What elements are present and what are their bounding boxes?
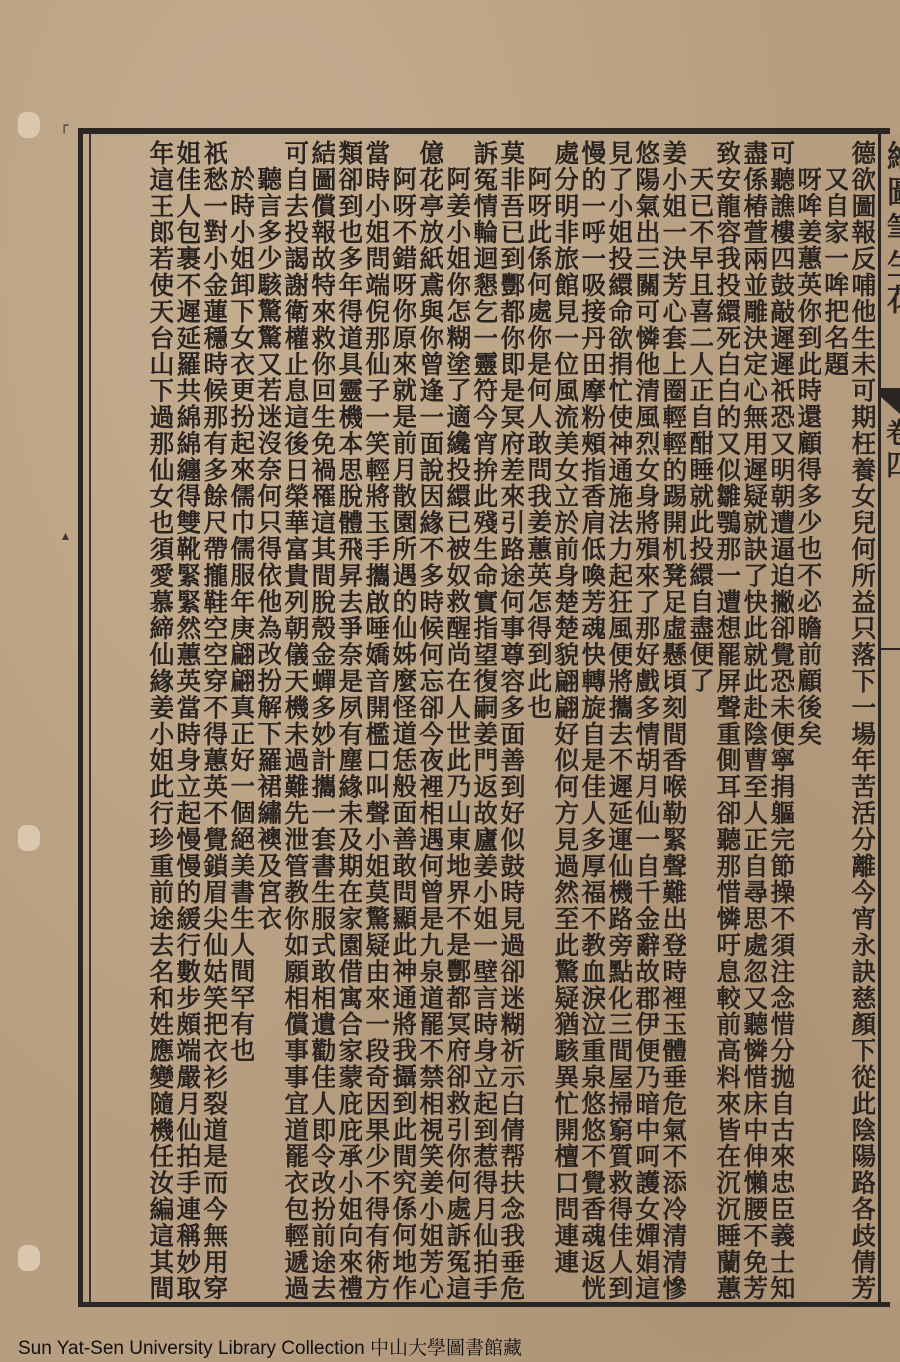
text-column: 致安龍容我投繯死白白的又似雛鶚那一遭想罷屏聲重側耳卻聽那惜憐吁息較前高料來皆在沉…	[713, 140, 740, 1300]
collection-watermark: Sun Yat-Sen University Library Collectio…	[18, 1333, 522, 1360]
margin-bracket-mark: ┌	[60, 118, 68, 134]
book-page: 繪圖筆生花 卷四 德欲圖報反哺他生未可期枉養女兒何所益只落下一場年苦活分離今宵永…	[0, 0, 900, 1362]
text-column: 可聽譙樓四鼓敲遲遲祇恐又明朝遭逼迫撇卻覺恐未便寧捐軀完節操不須注念惜分拋自古來忠…	[767, 140, 794, 1300]
book-title: 繪圖筆生花	[883, 140, 900, 320]
text-column: 莫非吾已到酆都你即是冥府差來引路途何事尊容多面善到好似鼓時見過卻迷糊祈示白倩帮扶…	[497, 140, 524, 1300]
text-column: 悠陽氣出三關可憐他清風烈女身將殞來了那好戲多情胡月仙一自千金辭故郡伊便乃暗中呵護…	[632, 140, 659, 1300]
text-column: 慢的一呼一吸接丹田摩粉頰指香肩低喚芳魂快轉旋自是佳人多厚福不教血淚泣重泉悠悠不覺…	[578, 140, 605, 1300]
text-column: 呀哞姜蕙英你到此時還顧得多少也不必瞻前顧後矣	[794, 140, 821, 1300]
main-text-block: 德欲圖報反哺他生未可期枉養女兒何所益只落下一場年苦活分離今宵永訣慈顏下從此陰陽路…	[95, 140, 875, 1300]
text-column: 當時小姐問端倪那仙子一笑輕將玉手攜啟唾嬌音開檻口叫聲小姐莫驚疑由來一段奇因果少不…	[362, 140, 389, 1300]
text-column: 又自家一哞把名題	[821, 140, 848, 1300]
binding-tab-mark	[18, 825, 40, 851]
text-column: 年這王郎若使天台山下過那仙女也須愛慕締仙緣姜小姐此行珍重前途去名和姓應變隨機任汝…	[146, 140, 173, 1300]
text-column: 億花亭放紙鳶與你曾逢一面說因緣不多時候何忘卻今夜裡相遇何曾是九泉道罷不禁相視笑姜…	[416, 140, 443, 1300]
text-column: 姜小姐一決芳心套上圈輕輕的踢開机凳足虛懸頃刻間香喉勒緊聲難出登時裡玉體垂危氣不添…	[659, 140, 686, 1300]
text-column: 結圖償報故特來救你回生免禍罹這其間脫殼金蟬多妙計攜一套書生服式敢相遺勸佳人即令改…	[308, 140, 335, 1300]
frame-top-border	[78, 128, 890, 134]
frame-bottom-border	[78, 1302, 890, 1307]
text-column: 盡係椿萱兩並雕決定心無用遲疑就訣了快此就此赴陰曹至人正自尋思處忽又聽憐惜床中伸懶…	[740, 140, 767, 1300]
binding-tab-mark	[18, 1245, 40, 1271]
margin-triangle-mark: ▴	[62, 528, 69, 544]
frame-left-border-outer	[78, 128, 83, 1307]
text-column: 於時小姐卸下女衣更扮起來儒巾儒服年庚翩翩真正好一個絕美書生人間罕有也	[227, 140, 254, 1300]
frame-left-border-inner	[89, 134, 91, 1302]
text-column: 阿呀不錯呀你原來就是前月散園所遇的仙姊麼怪道恁般面善敢問顯此神通將我攝到此間究係…	[389, 140, 416, 1300]
collection-name-zh: 中山大學圖書館藏	[370, 1338, 522, 1359]
text-column: 訴冤情輪迴懇乞一靈符今宵拚此殘生命實指望復嗣姜門返故廬姜小姐一壁言時身立起到惹得…	[470, 140, 497, 1300]
text-column: 聽言多少駭驚驚又若迷沒奈何只得依他為改扮解下羅裙繡襖及宮衣	[254, 140, 281, 1300]
text-column: 可自去投謁謝衛權止息這後日榮華富貴列朝儀天機未過難先泄管教你如願相償事事宜道罷衣…	[281, 140, 308, 1300]
text-column: 見了小姐投繯命欲捐忙使神通施法力起狂風便將攜去不遲延運仙機路旁點化三間屋掃窮質救…	[605, 140, 632, 1300]
spine-divider	[878, 648, 900, 650]
text-column: 阿姜小姐你怎糊塗了適纔投繯已被奴救醒尚在人世此乃山東地界不是酆都冥府卻救引你何處…	[443, 140, 470, 1300]
volume-label: 卷四	[883, 418, 900, 482]
text-column: 德欲圖報反哺他生未可期枉養女兒何所益只落下一場年苦活分離今宵永訣慈顏下從此陰陽路…	[848, 140, 875, 1300]
text-column: 處分明非旅館見一位風流美女立於前身楚楚貌翩翩好似何方見過然至此驚疑猶駭異忙開檀口…	[551, 140, 578, 1300]
text-column: 阿呀此係何處你是何人敢問我姜蕙英怎得到此也	[524, 140, 551, 1300]
text-column: 天已不早且喜二人正自酣睡就此投繯自盡便了	[686, 140, 713, 1300]
text-column: 類卻到也多年得道具靈機本思脫體飛昇去爭奈是夙有塵緣未及期在家園借寓合家蒙庇庇承小…	[335, 140, 362, 1300]
text-column: 姐佳人包裹不遲延羅共綿綿纏得雙靴緊緊然蕙英當時身立起慢慢的緩行數步頗端嚴月仙拍手…	[173, 140, 200, 1300]
text-column: 祇愁一對小金蓮穩時候那有多餘尺帶攏鞋空空穿不得蕙英不覺鎖眉尖仙姑笑把衣衫裂道是而…	[200, 140, 227, 1300]
binding-tab-mark	[18, 112, 40, 138]
collection-name-en: Sun Yat-Sen University Library Collectio…	[18, 1338, 365, 1359]
